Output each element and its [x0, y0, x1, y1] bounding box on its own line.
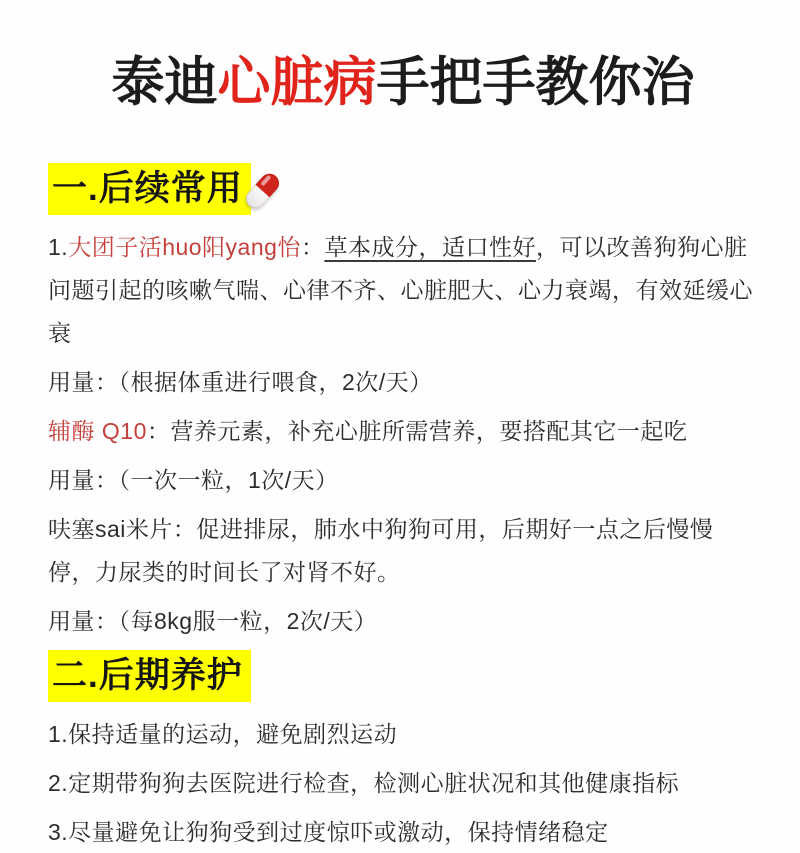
title-segment-black-2: 手把手教你治: [377, 53, 695, 112]
med-2-rest-text: 营养元素，补充心脏所需营养，要搭配其它一起吃: [170, 418, 687, 444]
care-item-3: 3.尽量避免让狗狗受到过度惊吓或激动，保持情绪稳定: [48, 811, 758, 853]
section-2-heading: 二.后期养护: [48, 650, 251, 702]
title-segment-black-1: 泰迪: [112, 53, 218, 112]
section-1-content: 1.大团子活huo阳yang怡：草本成分，适口性好，可以改善狗狗心脏问题引起的咳…: [48, 226, 758, 643]
med-1-name: 大团子活huo阳yang怡: [68, 234, 301, 260]
med-3-dosage: 用量：（每8kg服一粒，2次/天）: [48, 600, 758, 643]
title-segment-red: 心脏病: [218, 53, 377, 112]
med-3-description: 呋塞sai米片：促进排尿，肺水中狗狗可用，后期好一点之后慢慢停，力尿类的时间长了…: [48, 508, 758, 594]
section-2-content: 1.保持适量的运动，避免剧烈运动 2.定期带狗狗去医院进行检查，检测心脏状况和其…: [48, 713, 758, 853]
med-3-colon: ：: [173, 516, 197, 542]
section-1-heading: 一.后续常用: [48, 163, 251, 215]
pill-icon: [241, 167, 285, 217]
section-1-heading-row: 一.后续常用: [48, 163, 758, 215]
med-2-dosage: 用量：（一次一粒，1次/天）: [48, 459, 758, 502]
care-item-1: 1.保持适量的运动，避免剧烈运动: [48, 713, 758, 756]
med-1-colon: ：: [301, 234, 325, 260]
med-2-name: 辅酶 Q10: [48, 418, 147, 444]
med-1-number: 1.: [48, 234, 68, 260]
note-page: 泰迪心脏病手把手教你治 一.后续常用 1.大团子活huo阳yang怡：草本成分，…: [0, 0, 800, 853]
care-item-2: 2.定期带狗狗去医院进行检查，检测心脏状况和其他健康指标: [48, 762, 758, 805]
med-2-colon: ：: [147, 418, 171, 444]
page-title: 泰迪心脏病手把手教你治: [48, 0, 758, 113]
med-1-dosage: 用量：（根据体重进行喂食，2次/天）: [48, 361, 758, 404]
med-1-underlined-text: 草本成分，适口性好: [324, 234, 536, 260]
section-2-heading-row: 二.后期养护: [48, 650, 758, 702]
med-3-name: 呋塞sai米片: [48, 516, 173, 542]
med-1-description: 1.大团子活huo阳yang怡：草本成分，适口性好，可以改善狗狗心脏问题引起的咳…: [48, 226, 758, 355]
med-2-description: 辅酶 Q10：营养元素，补充心脏所需营养，要搭配其它一起吃: [48, 410, 758, 453]
